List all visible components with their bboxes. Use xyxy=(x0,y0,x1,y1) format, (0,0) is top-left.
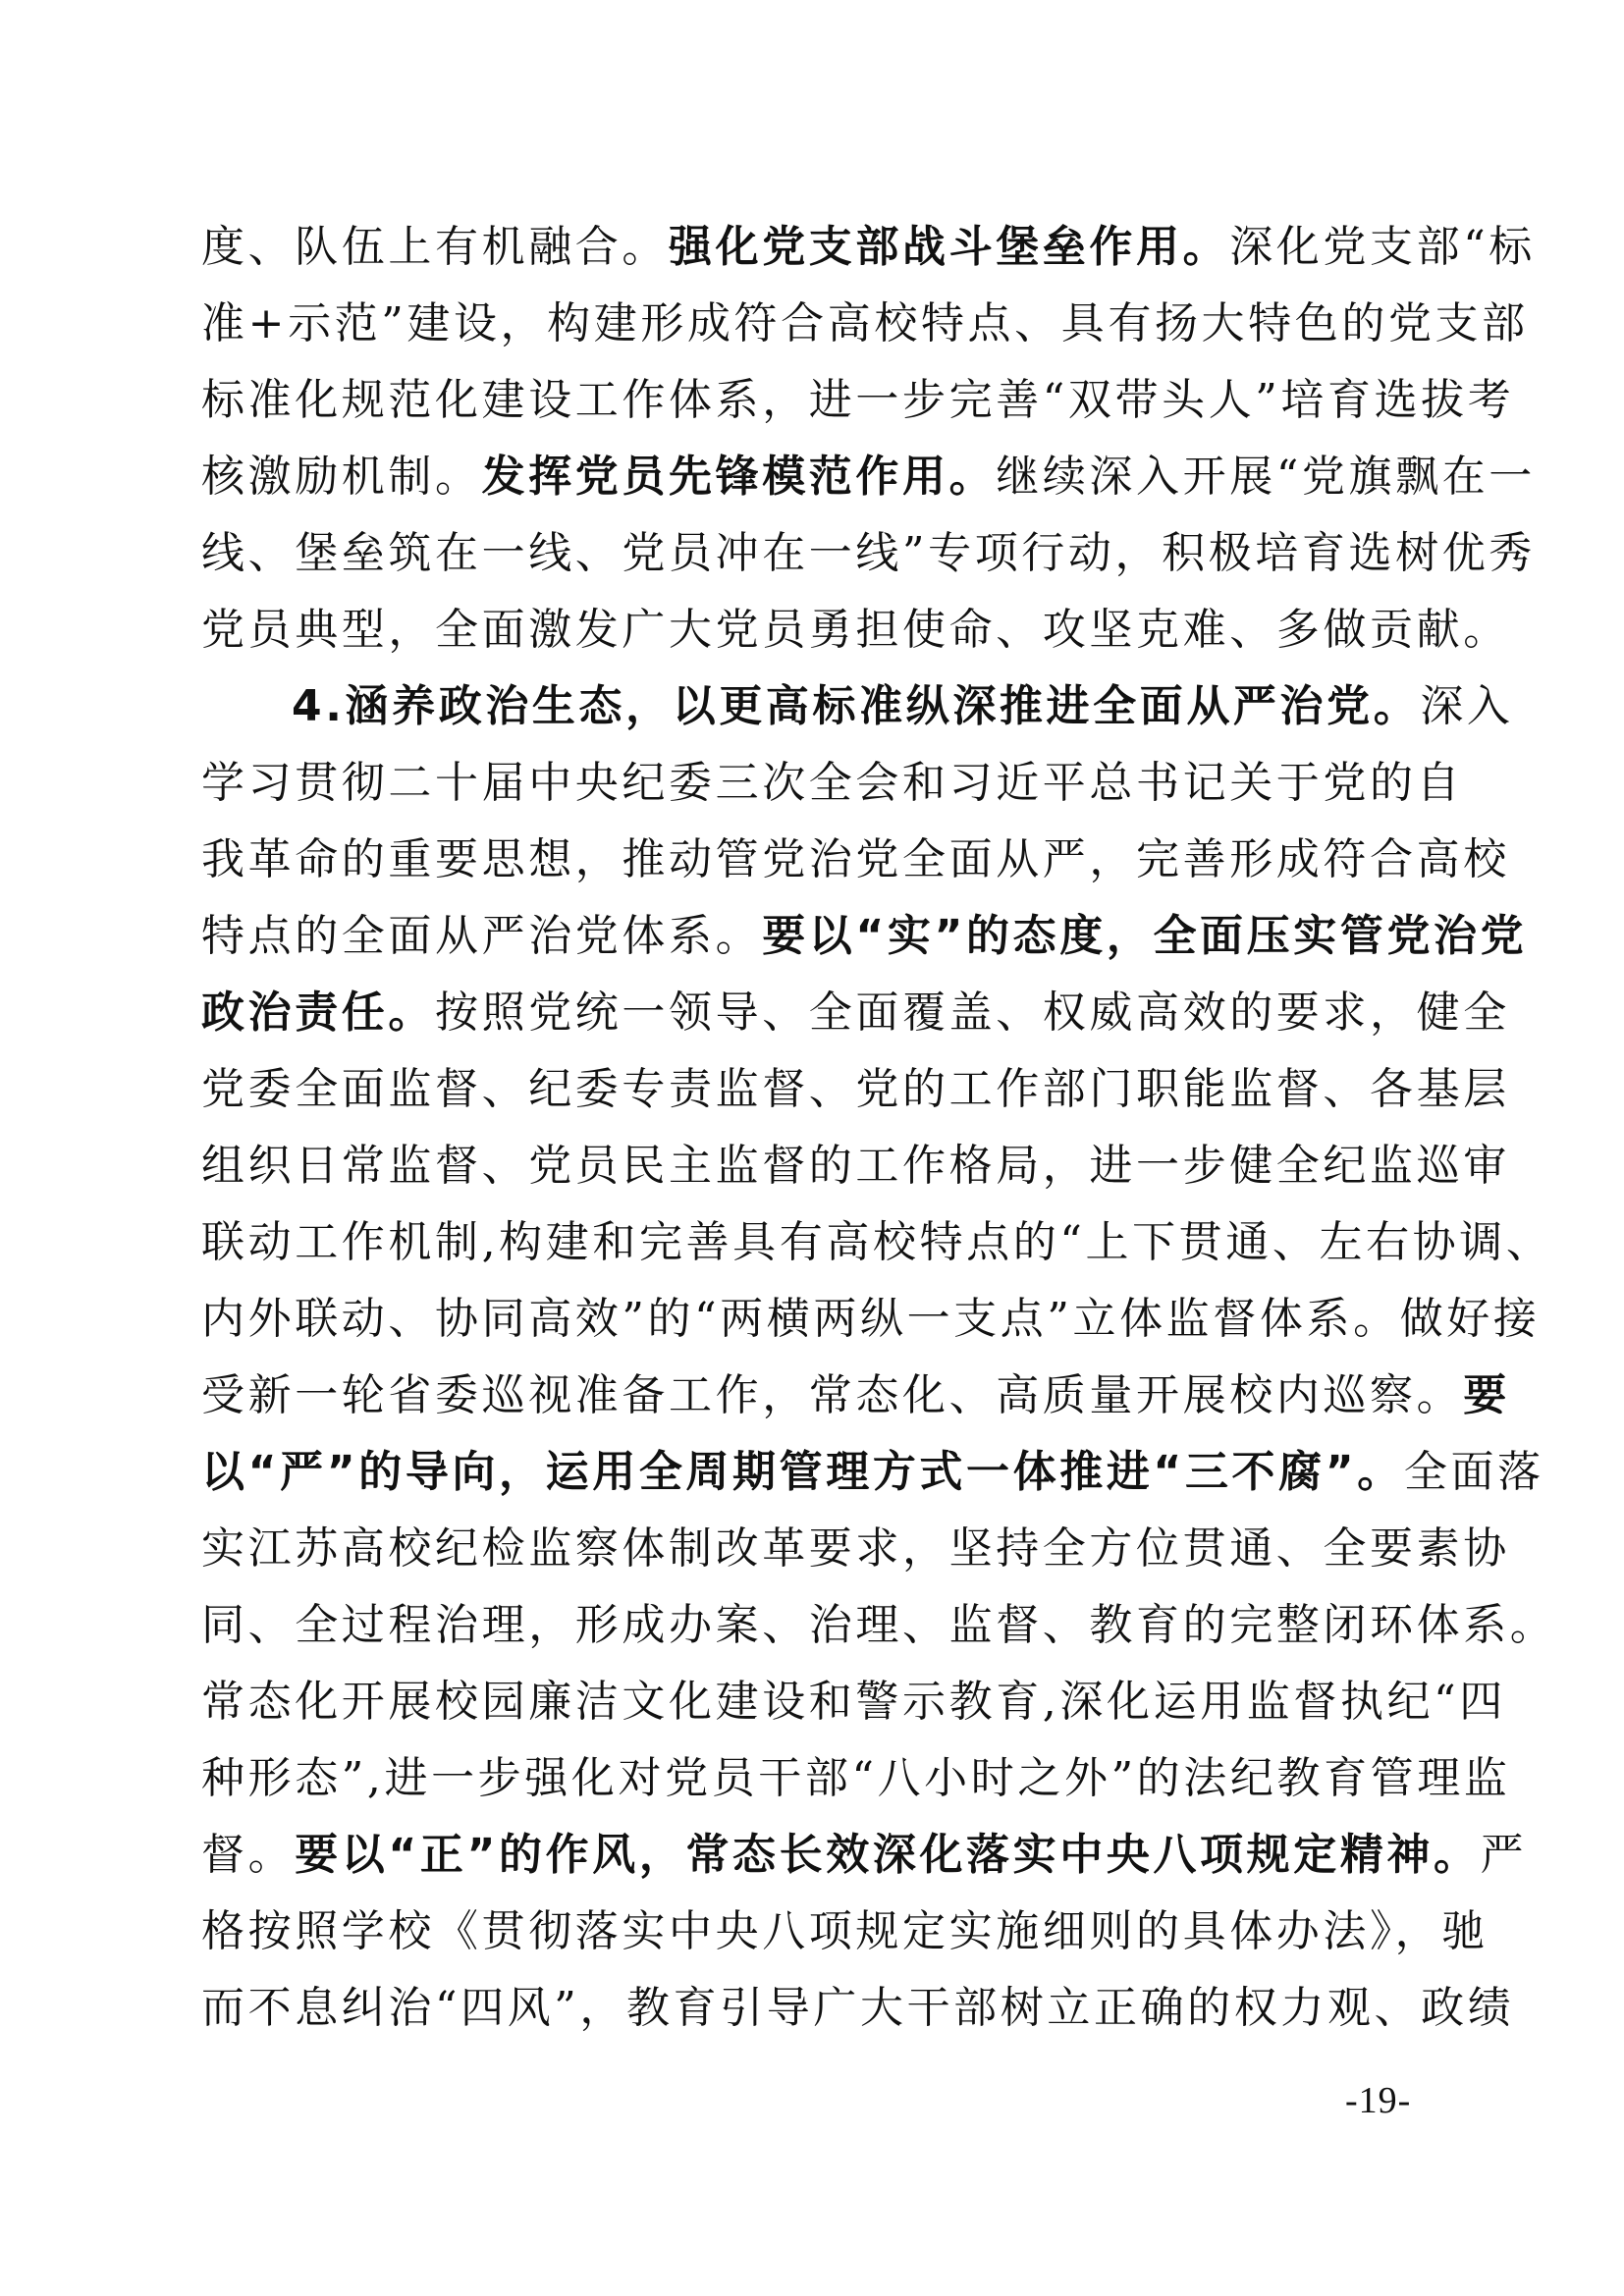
body-text-segment: 党员典型，全面激发广大党员勇担使命、攻坚克难、多做贡献。 xyxy=(201,605,1510,655)
body-text-segment: 格按照学校《贯彻落实中央八项规定实施细则的具体办法》，驰 xyxy=(201,1906,1489,1956)
body-text-segment: 督。 xyxy=(201,1830,295,1880)
text-line: 学习贯彻二十届中央纪委三次全会和习近平总书记关于党的自 xyxy=(201,745,1423,822)
text-line: 准+示范”建设，构建形成符合高校特点、具有扬大特色的党支部 xyxy=(201,286,1423,362)
body-text-segment: 常态化开展校园廉洁文化建设和警示教育,深化运用监督执纪“四 xyxy=(201,1677,1506,1727)
text-line: 内外联动、协同高效”的“两横两纵一支点”立体监督体系。做好接 xyxy=(201,1281,1423,1358)
body-text-segment: 标准化规范化建设工作体系，进一步完善“双带头人”培育选拔考 xyxy=(201,375,1514,425)
document-page: 度、队伍上有机融合。强化党支部战斗堡垒作用。深化党支部“标准+示范”建设，构建形… xyxy=(0,0,1624,2296)
body-text-segment: 核激励机制。 xyxy=(201,452,482,502)
text-line: 政治责任。按照党统一领导、全面覆盖、权威高效的要求，健全 xyxy=(201,975,1423,1051)
text-line: 特点的全面从严治党体系。要以“实”的态度，全面压实管党治党 xyxy=(201,898,1423,975)
bold-emphasis-text: 强化党支部战斗堡垒作用。 xyxy=(669,222,1229,272)
bold-emphasis-text: 要以“实”的态度，全面压实管党治党 xyxy=(762,911,1527,961)
bold-emphasis-text: 发挥党员先锋模范作用。 xyxy=(482,452,997,502)
text-line: 格按照学校《贯彻落实中央八项规定实施细则的具体办法》，驰 xyxy=(201,1894,1423,1970)
body-text-segment: 联动工作机制,构建和完善具有高校特点的“上下贯通、左右协调、 xyxy=(201,1217,1552,1267)
text-line: 实江苏高校纪检监察体制改革要求，坚持全方位贯通、全要素协 xyxy=(201,1511,1423,1587)
bold-emphasis-text: 要 xyxy=(1463,1370,1510,1420)
bold-emphasis-text: 4.涵养政治生态，以更高标准纵深推进全面从严治党。 xyxy=(292,681,1420,731)
text-line: 以“严”的导向，运用全周期管理方式一体推进“三不腐”。全面落 xyxy=(201,1434,1423,1511)
body-text-segment: 组织日常监督、党员民主监督的工作格局，进一步健全纪监巡审 xyxy=(201,1141,1510,1191)
text-line: 标准化规范化建设工作体系，进一步完善“双带头人”培育选拔考 xyxy=(201,362,1423,439)
body-text-segment: 种形态”,进一步强化对党员干部“八小时之外”的法纪教育管理监 xyxy=(201,1753,1510,1803)
body-text-segment: 度、队伍上有机融合。 xyxy=(201,222,669,272)
body-text: 度、队伍上有机融合。强化党支部战斗堡垒作用。深化党支部“标准+示范”建设，构建形… xyxy=(201,209,1429,2047)
text-line: 常态化开展校园廉洁文化建设和警示教育,深化运用监督执纪“四 xyxy=(201,1664,1423,1740)
body-text-segment: 学习贯彻二十届中央纪委三次全会和习近平总书记关于党的自 xyxy=(201,758,1463,808)
body-text-segment: 同、全过程治理，形成办案、治理、监督、教育的完整闭环体系。 xyxy=(201,1600,1556,1650)
bold-emphasis-text: 政治责任。 xyxy=(201,988,435,1038)
section-heading-line: 4.涵养政治生态，以更高标准纵深推进全面从严治党。深入 xyxy=(201,668,1423,745)
text-line: 同、全过程治理，形成办案、治理、监督、教育的完整闭环体系。 xyxy=(201,1587,1423,1664)
bold-emphasis-text: 以“严”的导向，运用全周期管理方式一体推进“三不腐”。 xyxy=(201,1447,1404,1497)
body-text-segment: 实江苏高校纪检监察体制改革要求，坚持全方位贯通、全要素协 xyxy=(201,1523,1510,1574)
body-text-segment: 按照党统一领导、全面覆盖、权威高效的要求，健全 xyxy=(435,988,1510,1038)
body-text-segment: 深化党支部“标 xyxy=(1229,222,1536,272)
text-line: 党委全面监督、纪委专责监督、党的工作部门职能监督、各基层 xyxy=(201,1051,1423,1128)
body-text-segment: 而不息纠治“四风”，教育引导广大干部树立正确的权力观、政绩 xyxy=(201,1983,1514,2033)
text-line: 受新一轮省委巡视准备工作，常态化、高质量开展校内巡察。要 xyxy=(201,1358,1423,1434)
body-text-segment: 准+示范”建设，构建形成符合高校特点、具有扬大特色的党支部 xyxy=(201,298,1529,348)
body-text-segment: 深入 xyxy=(1420,681,1513,731)
text-line: 组织日常监督、党员民主监督的工作格局，进一步健全纪监巡审 xyxy=(201,1128,1423,1204)
text-line: 督。要以“正”的作风，常态长效深化落实中央八项规定精神。严 xyxy=(201,1817,1423,1894)
text-line: 线、堡垒筑在一线、党员冲在一线”专项行动，积极培育选树优秀 xyxy=(201,515,1423,592)
body-text-segment: 特点的全面从严治党体系。 xyxy=(201,911,762,961)
body-text-segment: 继续深入开展“党旗飘在一 xyxy=(996,452,1536,502)
body-text-segment: 我革命的重要思想，推动管党治党全面从严，完善形成符合高校 xyxy=(201,834,1510,884)
text-line: 我革命的重要思想，推动管党治党全面从严，完善形成符合高校 xyxy=(201,822,1423,898)
body-text-segment: 内外联动、协同高效”的“两横两纵一支点”立体监督体系。做好接 xyxy=(201,1294,1540,1344)
body-text-segment: 严 xyxy=(1481,1830,1528,1880)
text-line: 联动工作机制,构建和完善具有高校特点的“上下贯通、左右协调、 xyxy=(201,1204,1423,1281)
body-text-segment: 党委全面监督、纪委专责监督、党的工作部门职能监督、各基层 xyxy=(201,1064,1510,1114)
text-line: 核激励机制。发挥党员先锋模范作用。继续深入开展“党旗飘在一 xyxy=(201,439,1423,515)
text-line: 种形态”,进一步强化对党员干部“八小时之外”的法纪教育管理监 xyxy=(201,1740,1423,1817)
text-line: 度、队伍上有机融合。强化党支部战斗堡垒作用。深化党支部“标 xyxy=(201,209,1423,286)
page-number: -19- xyxy=(1345,2079,1411,2122)
body-text-segment: 线、堡垒筑在一线、党员冲在一线”专项行动，积极培育选树优秀 xyxy=(201,528,1536,578)
body-text-segment: 受新一轮省委巡视准备工作，常态化、高质量开展校内巡察。 xyxy=(201,1370,1463,1420)
text-line: 党员典型，全面激发广大党员勇担使命、攻坚克难、多做贡献。 xyxy=(201,592,1423,668)
bold-emphasis-text: 要以“正”的作风，常态长效深化落实中央八项规定精神。 xyxy=(295,1830,1480,1880)
text-line: 而不息纠治“四风”，教育引导广大干部树立正确的权力观、政绩 xyxy=(201,1970,1423,2047)
body-text-segment: 全面落 xyxy=(1404,1447,1544,1497)
